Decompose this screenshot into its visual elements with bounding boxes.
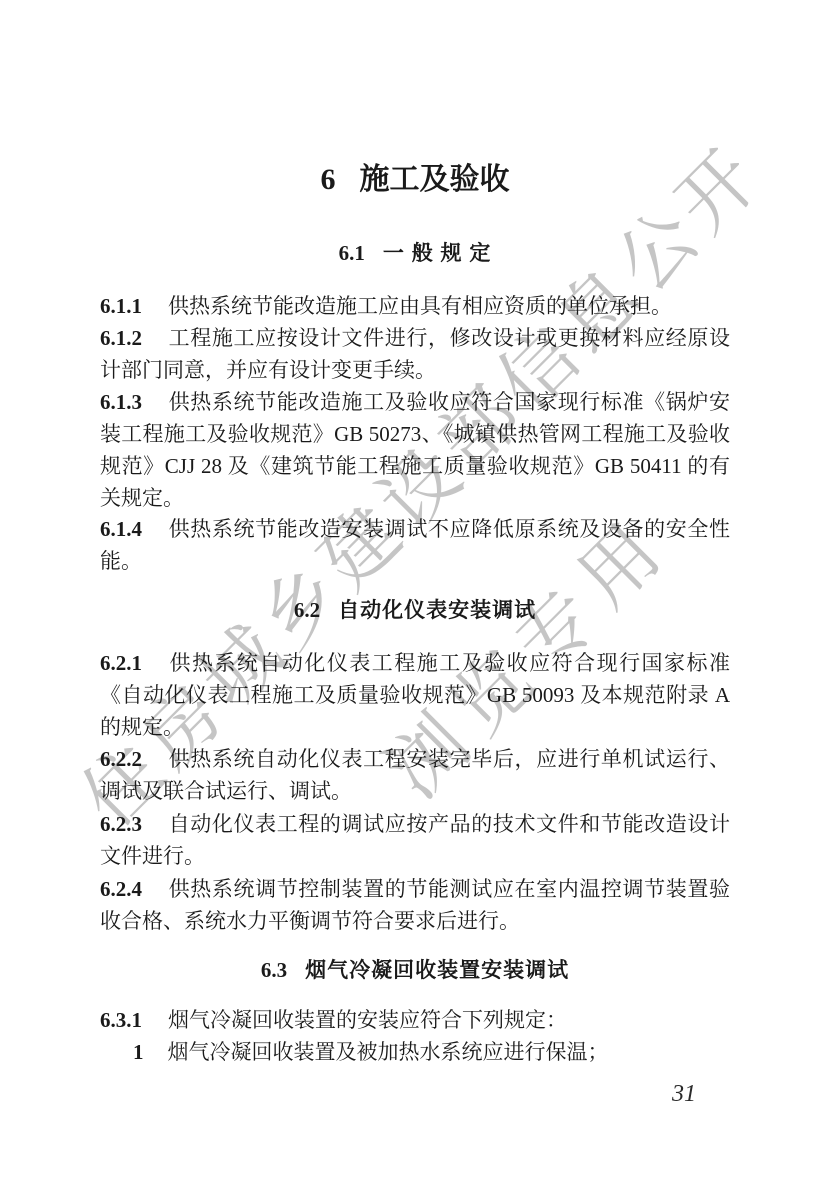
clause-paragraph: 6.1.4供热系统节能改造安装调试不应降低原系统及设备的安全性能。 [100,513,730,577]
section-heading-6-2: 6.2自动化仪表安装调试 [100,595,730,626]
section-title-text: 自动化仪表安装调试 [338,599,536,622]
clause-number: 6.1.2 [100,326,168,350]
clause-text: 供热系统调节控制装置的节能测试应在室内温控调节装置验收合格、系统水力平衡调节符合… [100,877,730,933]
section-number: 6.3 [261,958,287,982]
clause-number: 6.1.3 [100,390,168,414]
clause-paragraph: 6.1.2工程施工应按设计文件进行，修改设计或更换材料应经原设计部门同意，并应有… [100,322,730,386]
clause-paragraph: 6.2.4供热系统调节控制装置的节能测试应在室内温控调节装置验收合格、系统水力平… [100,873,730,937]
clause-paragraph: 6.3.1烟气冷凝回收装置的安装应符合下列规定： [100,1004,730,1036]
clause-text: 供热系统节能改造施工应由具有相应资质的单位承担。 [168,294,672,318]
clause-paragraph: 6.2.2供热系统自动化仪表工程安装完毕后，应进行单机试运行、调试及联合试运行、… [100,743,730,807]
section-number: 6.2 [294,598,320,622]
page-number: 31 [672,1080,696,1108]
clause-number: 6.2.3 [100,812,168,836]
clause-paragraph: 6.2.3自动化仪表工程的调试应按产品的技术文件和节能改造设计文件进行。 [100,808,730,872]
clause-number: 6.2.2 [100,747,168,771]
section-heading-6-1: 6.1一 般 规 定 [100,238,730,269]
clause-text: 工程施工应按设计文件进行，修改设计或更换材料应经原设计部门同意，并应有设计变更手… [100,326,730,382]
clause-number: 6.2.4 [100,877,168,901]
clause-number: 6.1.4 [100,517,168,541]
section-heading-6-3: 6.3烟气冷凝回收装置安装调试 [100,955,730,986]
clause-text: 供热系统节能改造安装调试不应降低原系统及设备的安全性能。 [100,517,730,573]
list-item-number: 1 [133,1040,168,1064]
section-title-text: 一 般 规 定 [383,242,492,265]
clause-text: 供热系统自动化仪表工程施工及验收应符合现行国家标准《自动化仪表工程施工及质量验收… [100,651,730,739]
section-number: 6.1 [339,241,365,265]
clause-number: 6.1.1 [100,294,168,318]
chapter-title-text: 施工及验收 [360,163,510,196]
clause-number: 6.3.1 [100,1008,168,1032]
chapter-title: 6施工及验收 [100,160,730,200]
clause-number: 6.2.1 [100,651,168,675]
clause-text: 供热系统节能改造施工及验收应符合国家现行标准《锅炉安装工程施工及验收规范》GB … [100,390,730,510]
clause-text: 烟气冷凝回收装置的安装应符合下列规定： [168,1008,567,1032]
page-content: 6施工及验收 6.1一 般 规 定 6.1.1供热系统节能改造施工应由具有相应资… [0,0,827,1198]
clause-paragraph: 6.1.3供热系统节能改造施工及验收应符合国家现行标准《锅炉安装工程施工及验收规… [100,386,730,514]
document-page: 住房城乡建设部信息公开 浏览专用 6施工及验收 6.1一 般 规 定 6.1.1… [0,0,827,1198]
clause-text: 供热系统自动化仪表工程安装完毕后，应进行单机试运行、调试及联合试运行、调试。 [100,747,730,803]
section-title-text: 烟气冷凝回收装置安装调试 [305,959,569,982]
list-item-text: 烟气冷凝回收装置及被加热水系统应进行保温； [168,1040,609,1064]
clause-text: 自动化仪表工程的调试应按产品的技术文件和节能改造设计文件进行。 [100,812,730,868]
list-item: 1烟气冷凝回收装置及被加热水系统应进行保温； [100,1036,730,1068]
clause-paragraph: 6.1.1供热系统节能改造施工应由具有相应资质的单位承担。 [100,290,730,322]
clause-paragraph: 6.2.1供热系统自动化仪表工程施工及验收应符合现行国家标准《自动化仪表工程施工… [100,647,730,743]
chapter-number: 6 [321,163,336,196]
